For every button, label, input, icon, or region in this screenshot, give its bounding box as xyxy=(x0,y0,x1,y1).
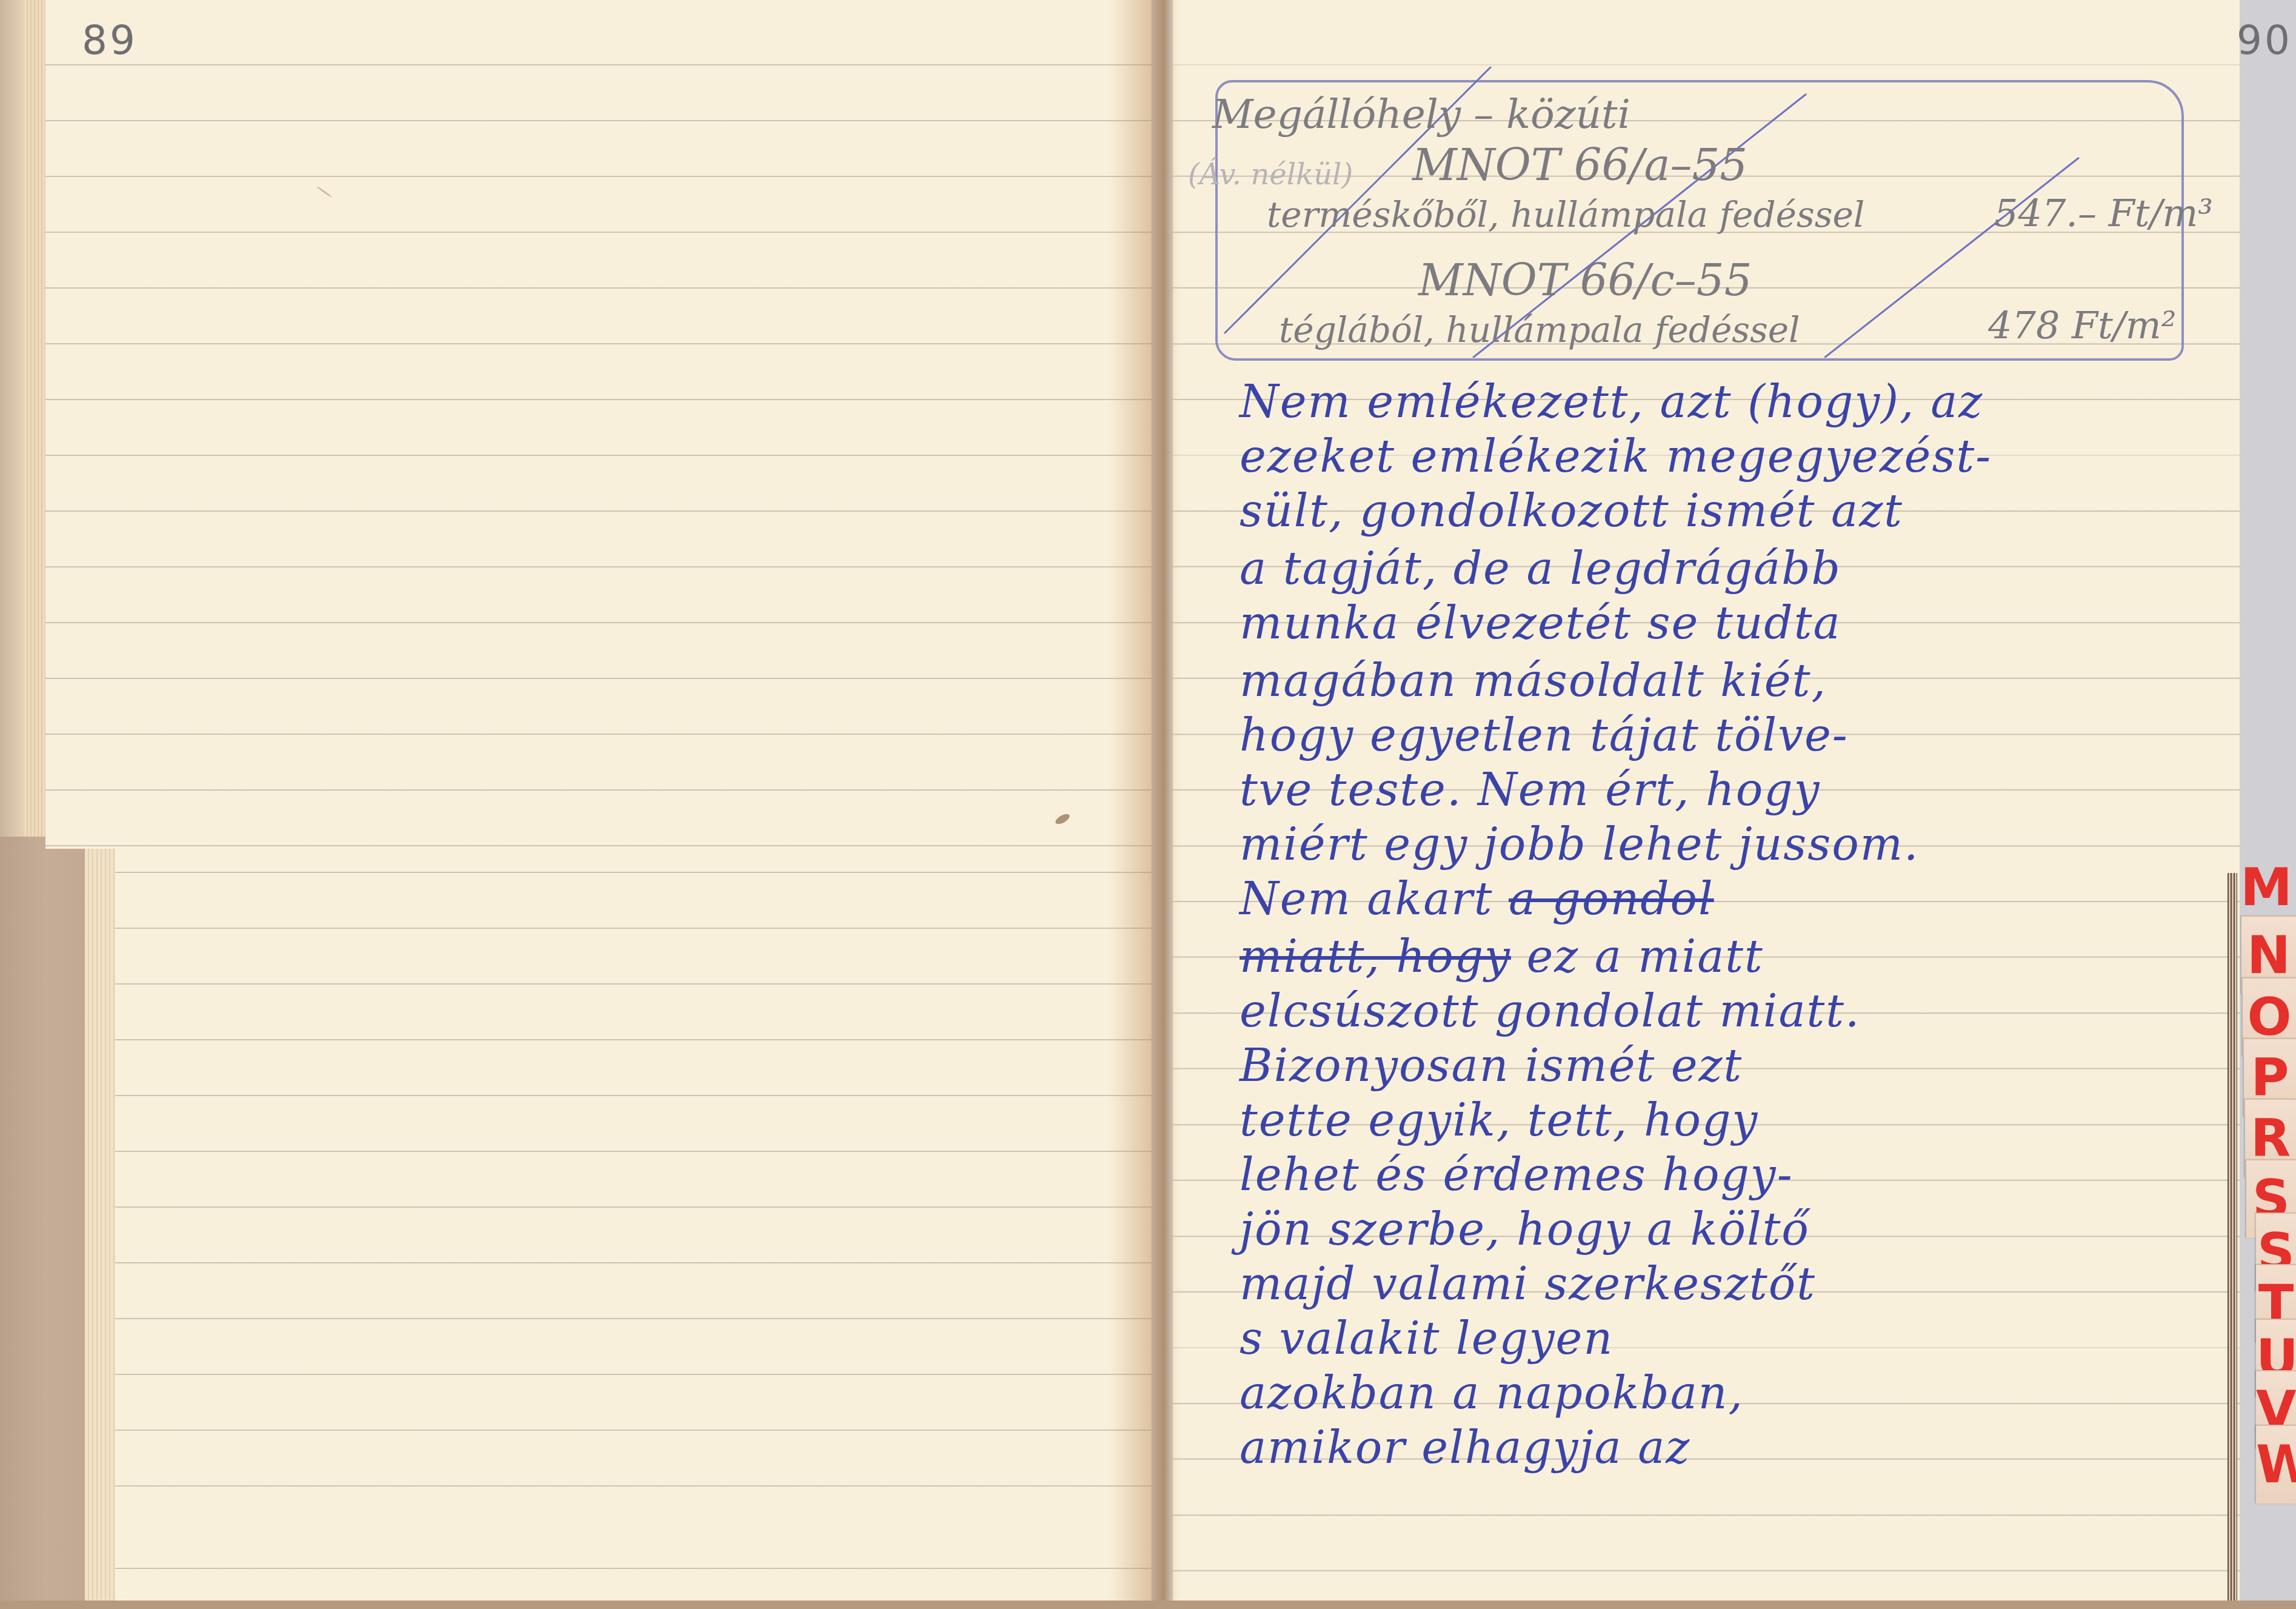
pencil-note-line: Megállóhely – közúti xyxy=(1212,91,1630,138)
handwritten-line: s valakit legyen xyxy=(1240,1313,1614,1365)
pencil-note-line: 478 Ft/m² xyxy=(1988,303,2177,347)
page-stack-left-lower xyxy=(85,849,115,1601)
handwritten-line: sült, gondolkozott ismét azt xyxy=(1240,485,1903,537)
index-tab-w[interactable]: W xyxy=(2256,1425,2296,1504)
handwritten-line: Nem emlékezett, azt (hogy), az xyxy=(1240,376,1983,428)
page-number-left: 89 xyxy=(82,17,138,64)
pencil-note-line: MNOT 66/a–55 xyxy=(1412,139,1747,190)
handwritten-line: Nem akart a gondol xyxy=(1240,873,1714,925)
index-tab-m[interactable]: M xyxy=(2237,849,2296,926)
handwritten-line: tve teste. Nem ért, hogy xyxy=(1240,764,1821,816)
handwritten-line: Bizonyosan ismét ezt xyxy=(1240,1040,1743,1092)
handwritten-line: tette egyik, tett, hogy xyxy=(1240,1094,1758,1146)
book-gutter xyxy=(1109,0,1182,1601)
left-page xyxy=(45,0,1152,849)
handwritten-line: elcsúszott gondolat miatt. xyxy=(1240,985,1861,1037)
index-tab-spine xyxy=(2228,873,2237,1601)
handwritten-line: miért egy jobb lehet jussom. xyxy=(1240,818,1919,871)
handwritten-line: hogy egyetlen tájat tölve- xyxy=(1240,709,1849,761)
handwritten-line: lehet és érdemes hogy- xyxy=(1240,1149,1794,1201)
handwritten-line: magában másoldalt kiét, xyxy=(1240,655,1827,707)
notebook-spread: 89 90 Megállóhely – közúti(Áv. nélkül)MN… xyxy=(0,0,2296,1609)
book-bottom-edge xyxy=(0,1601,2296,1609)
pencil-note-line: 547.– Ft/m³ xyxy=(1994,191,2213,235)
handwritten-line: munka élvezetét se tudta xyxy=(1240,597,1841,649)
page-stack-left xyxy=(24,0,48,849)
pencil-note-line: (Áv. nélkül) xyxy=(1188,158,1353,192)
handwritten-line: majd valami szerkesztőt xyxy=(1240,1258,1816,1310)
pencil-note-line: MNOT 66/c–55 xyxy=(1418,255,1752,306)
handwritten-line: a tagját, de a legdrágább xyxy=(1240,543,1841,595)
handwritten-line: azokban a napokban, xyxy=(1240,1367,1744,1419)
pencil-note-line: téglából, hullámpala fedéssel xyxy=(1279,309,1800,350)
page-number-right: 90 xyxy=(2237,17,2292,64)
handwritten-line: jön szerbe, hogy a költő xyxy=(1240,1203,1810,1256)
struck-through-text: miatt, hogy xyxy=(1240,931,1511,983)
handwritten-line: miatt, hogy ez a miatt xyxy=(1240,931,1764,983)
handwritten-line: amikor elhagyja az xyxy=(1240,1422,1690,1474)
handwritten-line: ezeket emlékezik megegyezést- xyxy=(1240,430,1992,483)
left-page-lower xyxy=(115,849,1152,1601)
pencil-note-line: terméskőből, hullámpala fedéssel xyxy=(1267,194,1864,235)
struck-through-text: a gondol xyxy=(1509,873,1714,925)
